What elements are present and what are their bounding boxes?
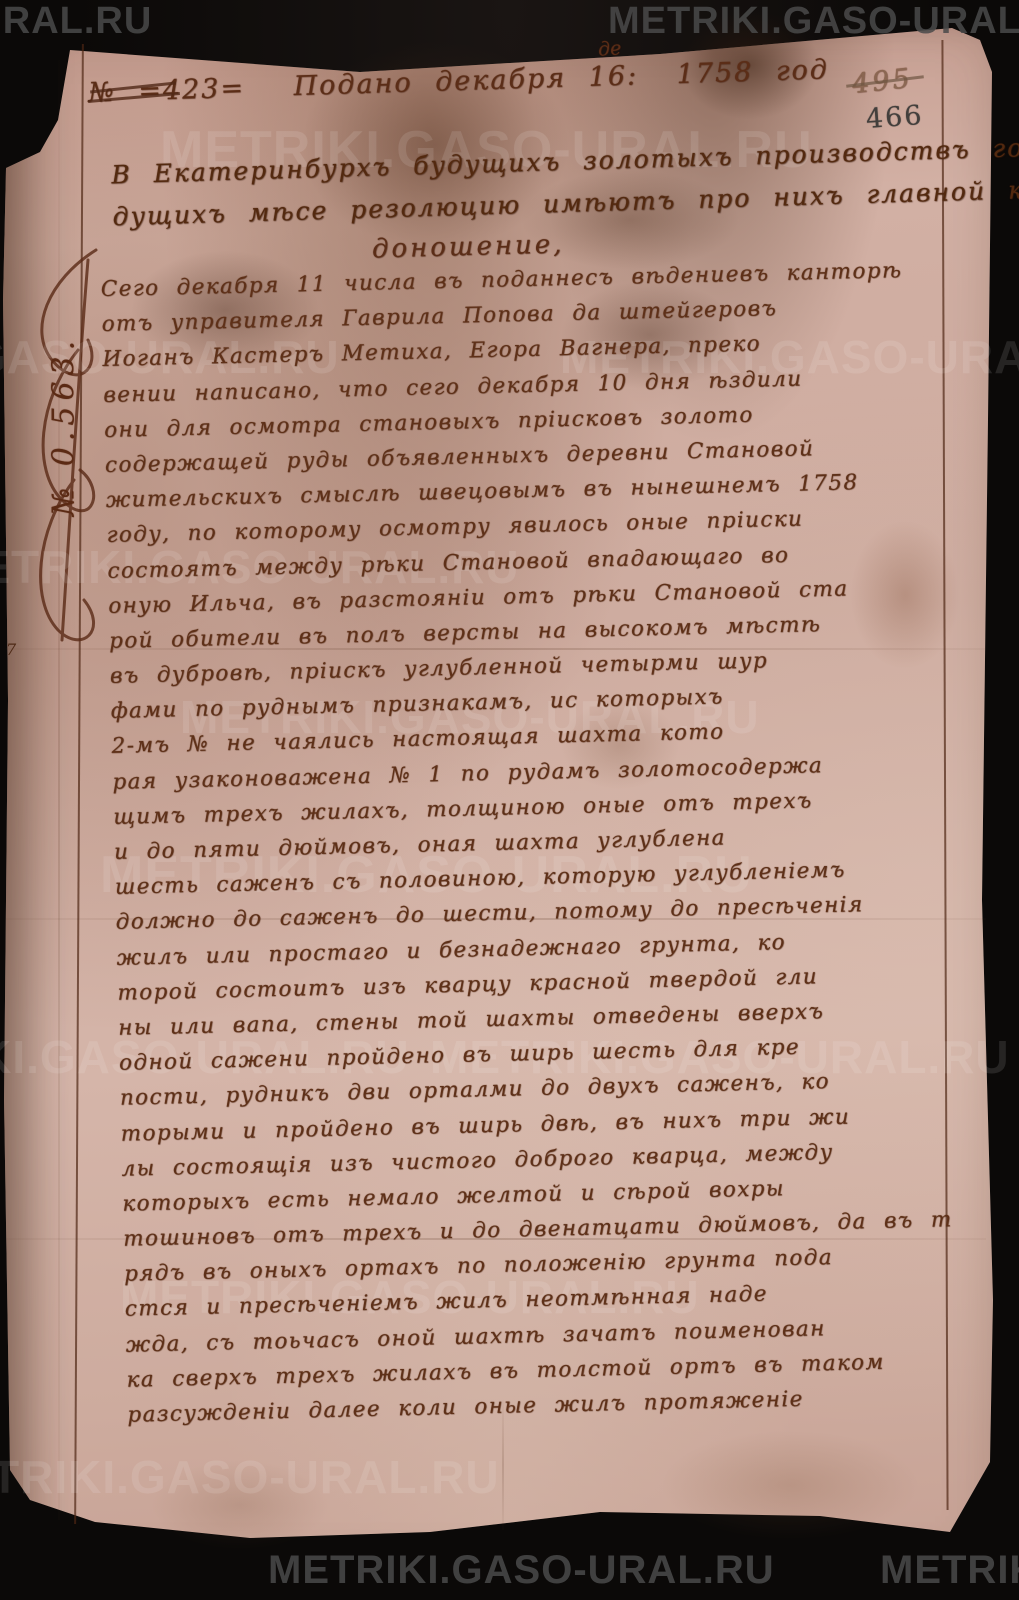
watermark-text: METRIKI.GASO-URAL.RU bbox=[0, 0, 152, 43]
body-text: Сего декабря 11 числа въ поданнесъ вѣден… bbox=[100, 252, 963, 1433]
watermark-text: METRIKI.GASO-URAL.RU bbox=[268, 1548, 775, 1593]
folio-number-new: 466 bbox=[865, 100, 925, 135]
watermark-text: METRIKI.GASO-URAL.RU bbox=[880, 1548, 1019, 1593]
margin-mark: 7 bbox=[6, 640, 16, 659]
margin-archive-note: № 0.563. bbox=[47, 226, 82, 626]
year-text: 1758 год bbox=[676, 54, 829, 90]
document-number-value: =423= bbox=[138, 73, 246, 107]
archive-scan-page: METRIKI.GASO-URAL.RU METRIKI.GASO-URAL.R… bbox=[0, 0, 1019, 1600]
superscript-note: де bbox=[597, 37, 622, 61]
document-heading: доношение, bbox=[372, 229, 565, 264]
